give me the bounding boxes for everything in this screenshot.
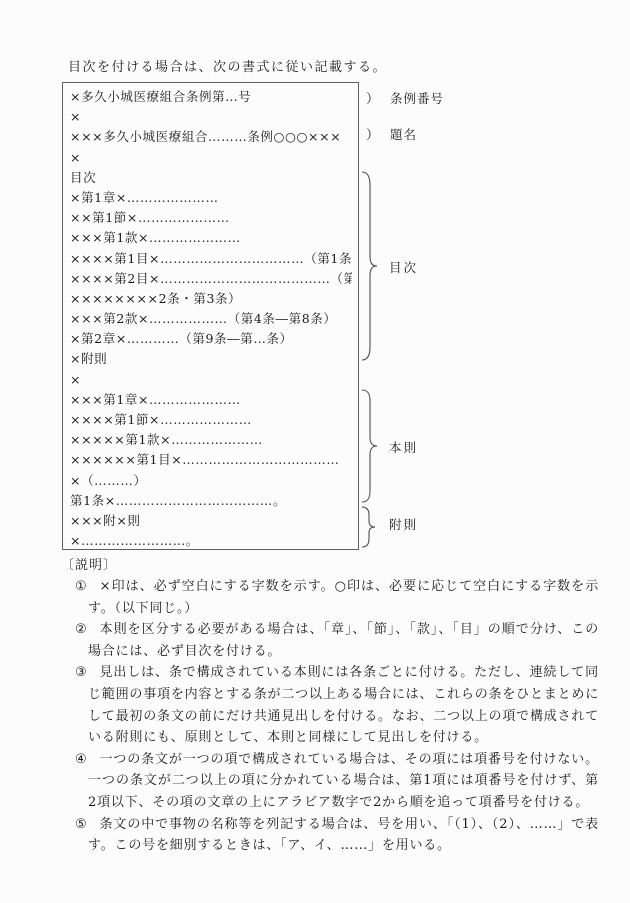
explanation-item: ②本則を区分する必要がある場合は、「章」、「節」、「款」、「目」の順で分け、この… <box>62 619 599 662</box>
annotation-ordinance-number: ）条例番号 <box>366 88 444 107</box>
explanation-heading: 〔説明〕 <box>61 554 117 573</box>
box-line: ××××××第1目×……………………………… <box>70 450 352 470</box>
item-text: 条文の中で事物の名称等を列記する場合は、号を用い、「（1）、（2）、……」で表す… <box>88 817 599 854</box>
box-line: ×××第2款×………………（第4条―第8条） <box>70 309 352 329</box>
annotation-title-name: ）題名 <box>366 124 417 143</box>
item-number: ④ <box>75 752 88 767</box>
explanation-item: ⑤条文の中で事物の名称等を列記する場合は、号を用い、「（1）、（2）、……」で表… <box>62 814 599 857</box>
box-line: ×××附×則 <box>70 511 352 531</box>
intro-sentence: 目次を付ける場合は、次の書式に従い記載する。 <box>68 56 387 75</box>
box-line: ××××第2目×…………………………………（第 <box>70 269 352 289</box>
box-line: 第1条×………………………………。 <box>70 491 352 511</box>
format-example-box: ×多久小城医療組合条例第…号 × ×××多久小城医療組合………条例○○○××× … <box>62 82 359 550</box>
box-line: ×第2章×…………（第9条―第…条） <box>70 329 352 349</box>
item-number: ② <box>75 622 88 637</box>
box-line: ×××××第1款×………………… <box>70 430 352 450</box>
explanation-item: ④一つの条文が一つの項で構成されている場合は、その項には項番号を付けない。一つの… <box>62 749 599 814</box>
brace-mokuji-icon <box>361 170 379 362</box>
item-text: 本則を区分する必要がある場合は、「章」、「節」、「款」、「目」の順で分け、この場… <box>88 622 599 659</box>
close-paren-mark: ） <box>366 124 380 143</box>
box-line: 目次 <box>70 168 352 188</box>
item-text: ×印は、必ず空白にする字数を示す。○印は、必要に応じて空白にする字数を示す。（以… <box>88 579 599 616</box>
fusoku-section-label: 附則 <box>389 515 418 533</box>
item-text: 一つの条文が一つの項で構成されている場合は、その項には項番号を付けない。一つの条… <box>88 752 599 810</box>
honsoku-section-label: 本則 <box>389 438 418 456</box>
box-line: ××××第1目×……………………………（第1条） <box>70 249 352 269</box>
explanation-list: ①×印は、必ず空白にする字数を示す。○印は、必要に応じて空白にする字数を示す。（… <box>62 576 599 857</box>
item-number: ① <box>75 579 88 594</box>
box-line: ×多久小城医療組合条例第…号 <box>70 87 352 107</box>
explanation-item: ①×印は、必ず空白にする字数を示す。○印は、必要に応じて空白にする字数を示す。（… <box>62 576 599 619</box>
box-line: × <box>70 107 352 127</box>
box-line: ××××第1節×………………… <box>70 410 352 430</box>
box-line: ×（………） <box>70 471 352 491</box>
brace-fusoku-icon <box>361 506 377 548</box>
box-line: ×××第1款×………………… <box>70 228 352 248</box>
box-line: ××第1節×………………… <box>70 208 352 228</box>
box-line: ×第1章×………………… <box>70 188 352 208</box>
box-line: ×……………………。 <box>70 531 352 551</box>
box-line: ×××第1章×………………… <box>70 390 352 410</box>
ordinance-number-label: 条例番号 <box>390 91 444 106</box>
item-text: 見出しは、条で構成されている本則には各条ごとに付ける。ただし、連続して同じ範囲の… <box>88 665 599 745</box>
title-name-label: 題名 <box>390 127 417 142</box>
document-page: 目次を付ける場合は、次の書式に従い記載する。 ×多久小城医療組合条例第…号 × … <box>0 0 630 903</box>
box-line: ×附則 <box>70 349 352 369</box>
item-number: ⑤ <box>75 817 88 832</box>
close-paren-mark: ） <box>366 88 380 107</box>
box-line: × <box>70 370 352 390</box>
brace-honsoku-icon <box>361 388 379 504</box>
item-number: ③ <box>75 665 88 680</box>
box-line: × <box>70 148 352 168</box>
box-line: ×××多久小城医療組合………条例○○○××× <box>70 127 352 147</box>
mokuji-section-label: 目次 <box>389 258 418 276</box>
explanation-item: ③見出しは、条で構成されている本則には各条ごとに付ける。ただし、連続して同じ範囲… <box>62 662 599 748</box>
box-line: ××××××××2条・第3条） <box>70 289 352 309</box>
